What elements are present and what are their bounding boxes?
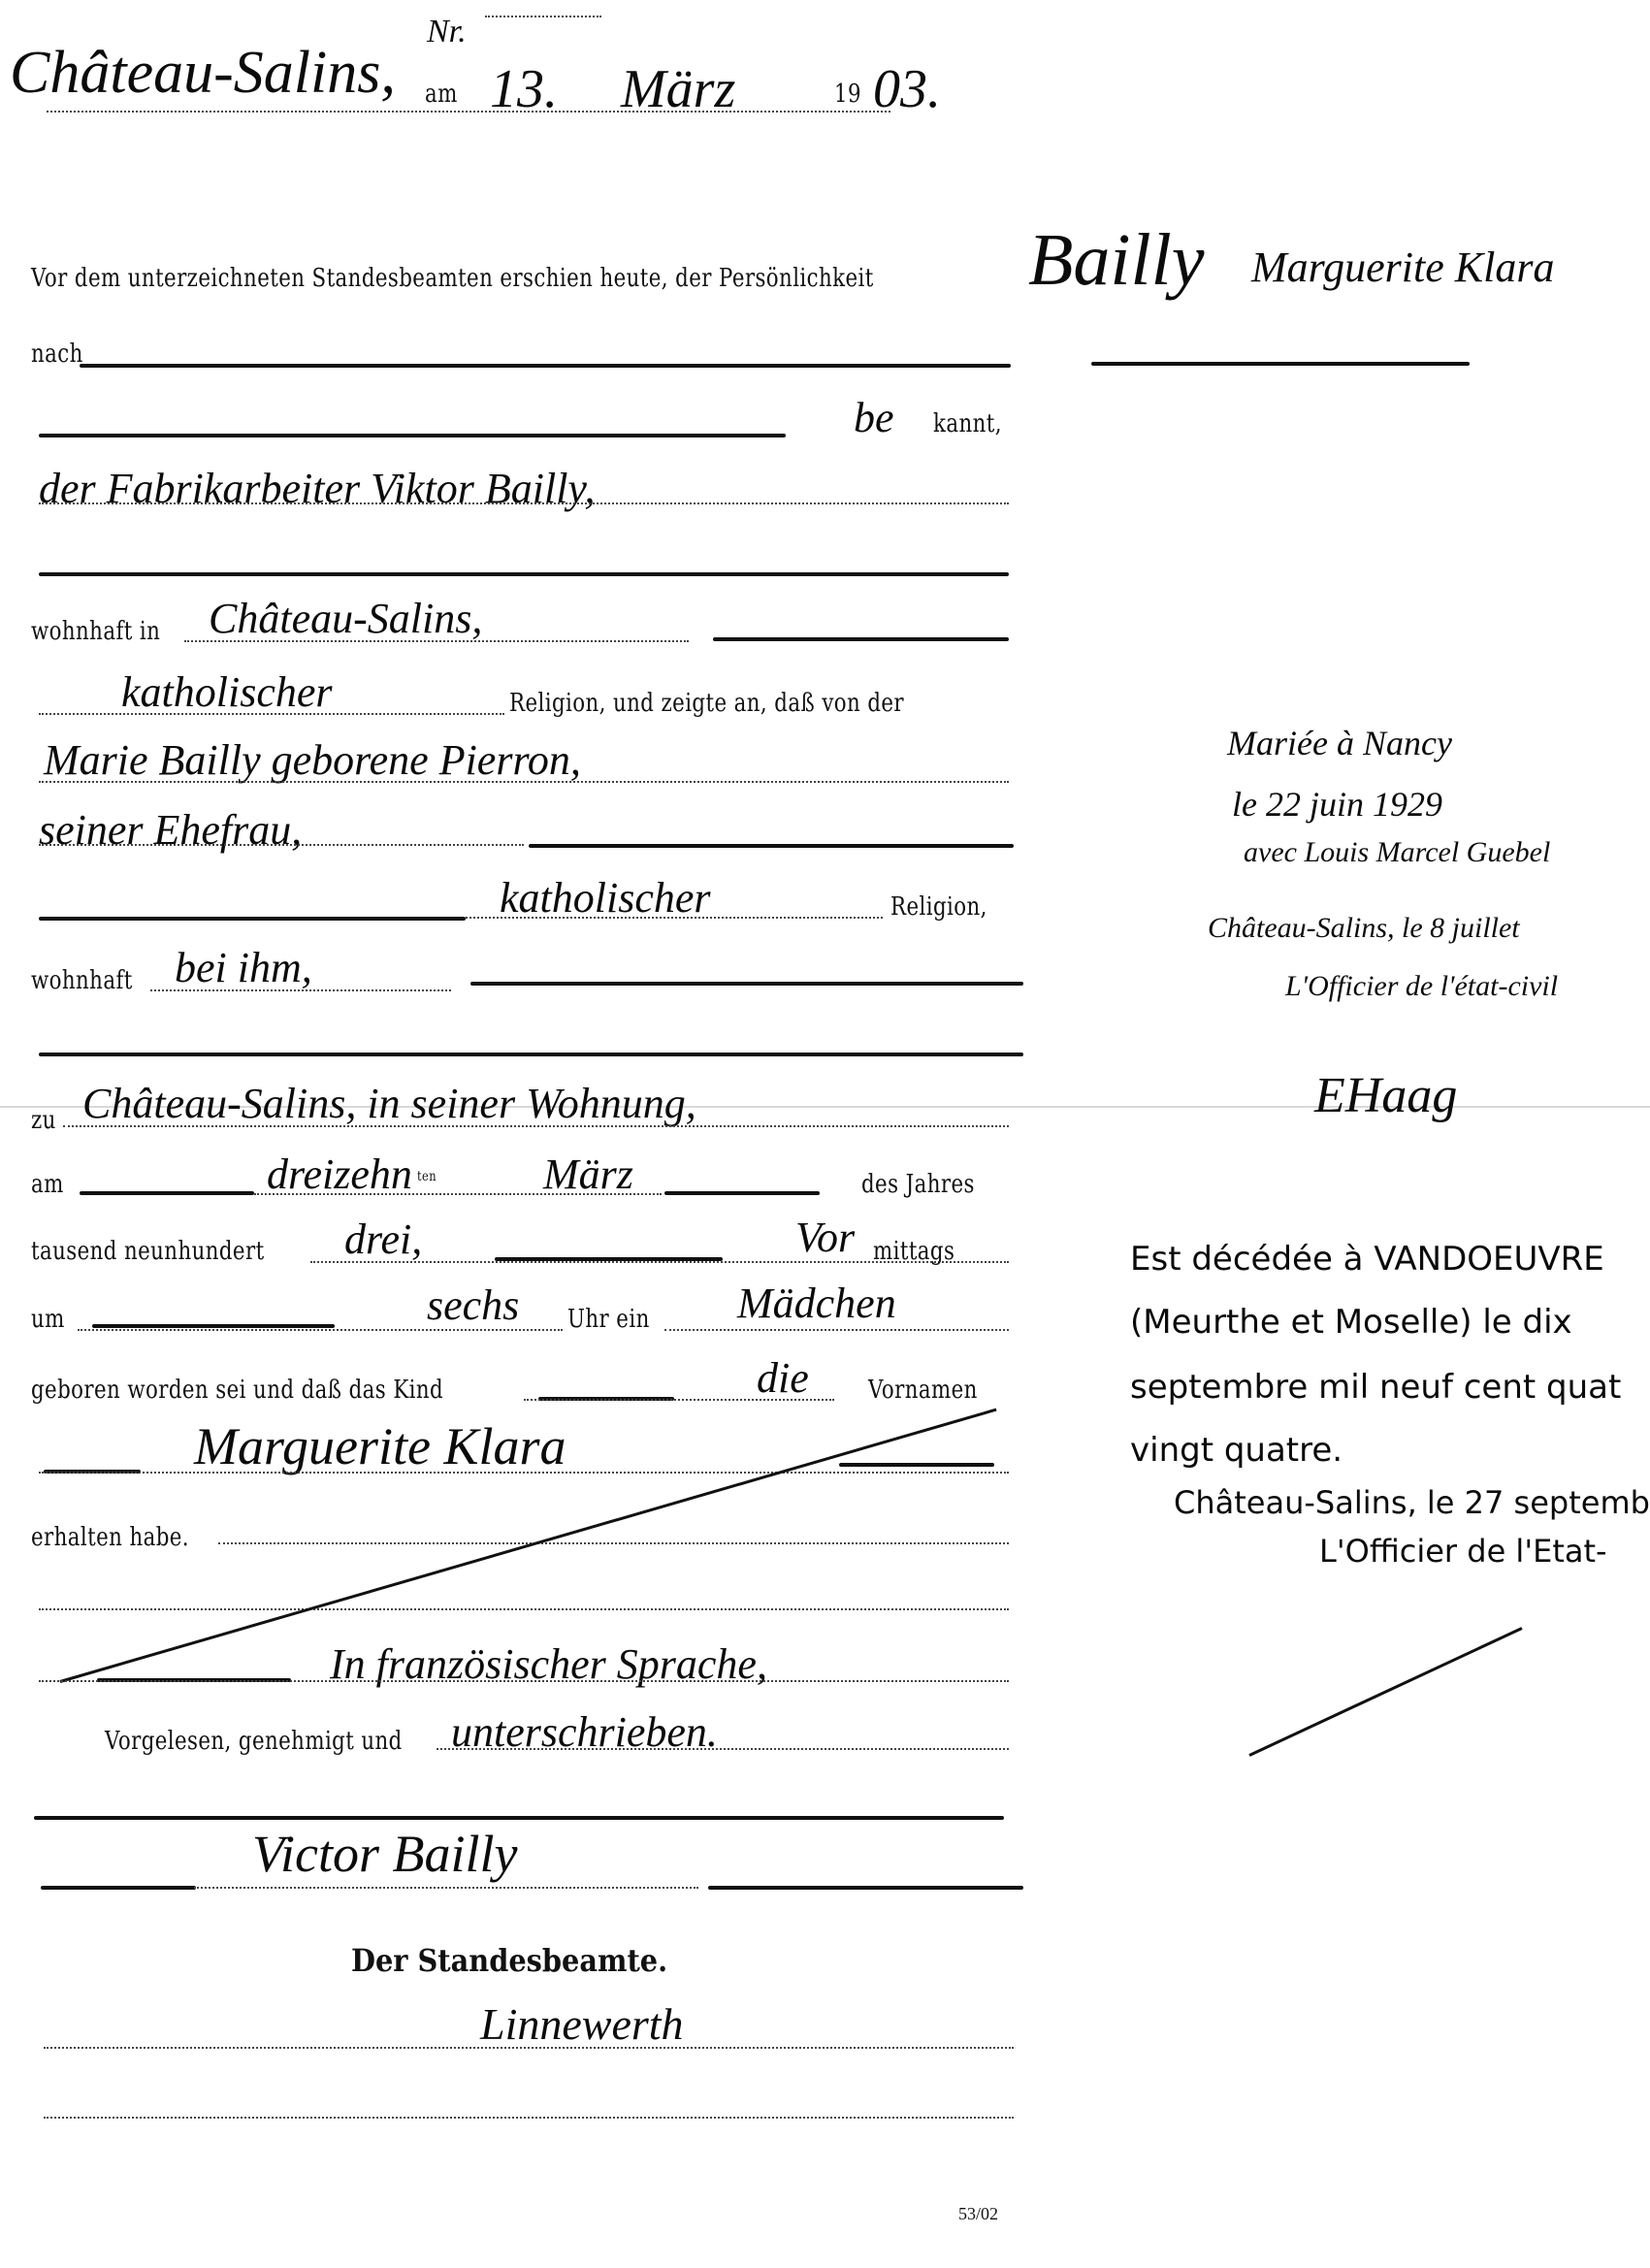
vor-handwritten: Vor — [795, 1213, 855, 1262]
vorgelesen-label: Vorgelesen, genehmigt und — [105, 1727, 403, 1756]
residence-line — [713, 637, 1009, 641]
blank-line — [39, 572, 1009, 576]
register-number-line — [485, 16, 601, 17]
birth-place-line — [63, 1125, 1009, 1127]
religion-label: Religion, — [890, 892, 987, 922]
religion-clause: Religion, und zeigte an, daß von der — [509, 689, 904, 718]
informant-residence: Château-Salins, — [209, 594, 482, 643]
marriage-line-4: Château-Salins, le 8 juillet — [1208, 912, 1520, 945]
relation-dots — [39, 844, 524, 846]
death-line-3: septembre mil neuf cent quat — [1130, 1368, 1621, 1407]
child-given-names: Marguerite Klara — [194, 1416, 566, 1476]
sex-dots — [664, 1329, 1009, 1331]
birth-day-blank — [80, 1191, 254, 1195]
birth-month-blank — [664, 1191, 820, 1195]
mother-residence-line — [470, 982, 1023, 986]
mother-religion-dots — [466, 917, 883, 919]
des-jahres-label: des Jahres — [861, 1170, 975, 1199]
header-place: Château-Salins, — [10, 39, 396, 108]
mother-relation: seiner Ehefrau, — [39, 805, 302, 855]
header-line — [47, 111, 890, 113]
official-line — [44, 2047, 1014, 2049]
geboren-text: geboren worden sei und daß das Kind — [31, 1376, 443, 1405]
signature-blank-left — [41, 1886, 196, 1890]
marriage-line-3: avec Louis Marcel Guebel — [1244, 836, 1550, 869]
death-line-2: (Meurthe et Moselle) le dix — [1130, 1303, 1572, 1342]
marriage-line-5: L'Officier de l'état-civil — [1285, 970, 1558, 1003]
mother-religion-blank — [39, 917, 466, 921]
vorgelesen-line — [437, 1748, 1009, 1750]
official-signature: Linnewerth — [480, 1998, 684, 2050]
informant-signature: Victor Bailly — [252, 1824, 517, 1884]
bekannt-handwritten: be — [854, 393, 894, 442]
bekannt-line — [39, 434, 786, 437]
hour-blank — [92, 1324, 335, 1328]
uhr-ein-label: Uhr ein — [567, 1305, 650, 1334]
register-number: Nr. — [427, 14, 467, 50]
blank-dots-1 — [39, 1608, 1009, 1610]
bekannt-printed: kannt, — [933, 409, 1002, 438]
given-names-line — [39, 1472, 1009, 1474]
zu-label: zu — [31, 1106, 56, 1135]
birth-day: dreizehn — [267, 1150, 412, 1199]
erhalten-line — [218, 1542, 1009, 1544]
die-dots — [524, 1399, 834, 1401]
wohnhaft-label: wohnhaft — [31, 966, 133, 995]
marriage-line-1: Mariée à Nancy — [1227, 723, 1452, 763]
death-line-1: Est décédée à VANDOEUVRE — [1130, 1240, 1604, 1279]
am-label: am — [425, 80, 458, 109]
nach-label: nach — [31, 340, 83, 369]
relation-line — [529, 844, 1014, 848]
final-line — [44, 2117, 1014, 2119]
nach-line — [80, 364, 1011, 368]
signature-dots — [194, 1887, 698, 1889]
residence-dots — [184, 640, 689, 642]
year-blank — [495, 1257, 723, 1261]
margin-given-names: Marguerite Klara — [1251, 243, 1554, 292]
given-names-blank-right — [839, 1463, 994, 1467]
birth-day-suffix: ten — [417, 1169, 437, 1184]
um-label: um — [31, 1305, 65, 1334]
mother-line — [39, 781, 1009, 783]
vornamen-label: Vornamen — [868, 1376, 978, 1405]
birth-year-words: drei, — [344, 1215, 422, 1264]
blank-line-2 — [39, 1053, 1023, 1056]
religion-dots — [39, 713, 504, 715]
hour-dots — [78, 1329, 563, 1331]
informant-religion: katholischer — [121, 667, 333, 717]
birth-place: Château-Salins, in seiner Wohnung, — [82, 1079, 696, 1128]
death-line-4: vingt quatre. — [1130, 1431, 1343, 1470]
intro-text: Vor dem unterzeichneten Standesbeamten e… — [31, 264, 874, 293]
child-sex: Mädchen — [737, 1279, 896, 1328]
signature-blank-right — [708, 1886, 1023, 1890]
mother-residence: bei ihm, — [175, 943, 312, 992]
am-label-2: am — [31, 1170, 64, 1199]
signature-top-line — [34, 1816, 1004, 1820]
mittags-label: mittags — [873, 1237, 954, 1266]
erhalten-label: erhalten habe. — [31, 1523, 189, 1552]
birth-date-dots — [254, 1193, 662, 1195]
margin-name-underline — [1091, 362, 1470, 366]
birth-month: März — [543, 1150, 633, 1199]
die-handwritten: die — [757, 1353, 809, 1403]
mother-name: Marie Bailly geborene Pierron, — [44, 735, 581, 785]
official-heading: Der Standesbeamte. — [351, 1942, 667, 1979]
mother-residence-dots — [150, 989, 451, 991]
birth-hour: sechs — [427, 1280, 519, 1330]
death-line-6: L'Officier de l'Etat- — [1319, 1533, 1607, 1570]
marriage-signature: EHaag — [1314, 1067, 1457, 1124]
mother-religion: katholischer — [500, 873, 711, 923]
wohnhaft-in-label: wohnhaft in — [31, 617, 160, 646]
year-prefix: 19 — [834, 80, 861, 109]
informant: der Fabrikarbeiter Viktor Bailly, — [39, 464, 596, 513]
death-line-5: Château-Salins, le 27 septemb — [1174, 1484, 1650, 1521]
informant-line — [39, 502, 1009, 504]
margin-surname: Bailly — [1028, 218, 1205, 303]
tausend-label: tausend neunhundert — [31, 1237, 265, 1266]
page-number: 53/02 — [958, 2204, 998, 2224]
death-signature-stroke — [1248, 1627, 1522, 1757]
marriage-line-2: le 22 juin 1929 — [1232, 784, 1442, 825]
language-line — [39, 1680, 1009, 1682]
